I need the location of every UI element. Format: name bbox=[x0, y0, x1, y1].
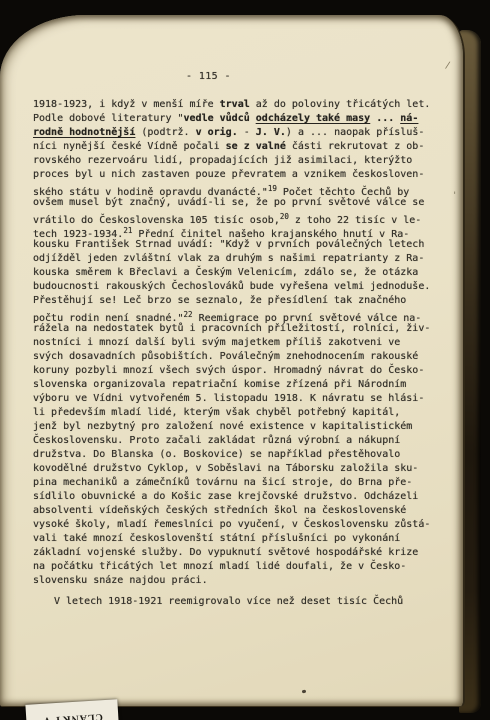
text-line: ského státu v hodině opravdu dvanácté."1… bbox=[33, 182, 453, 196]
text-line: rodně hodnotnější (podtrž. v orig. - J. … bbox=[33, 126, 453, 140]
text-line: níci nynější české Vídně počali se z val… bbox=[33, 140, 453, 154]
text-line: 1918-1923, i když v menší míře trval až … bbox=[33, 98, 453, 112]
text-line: slovenska organizovala repatriační komis… bbox=[33, 378, 453, 392]
text-line: rovského rezervoáru lidí, propadajících … bbox=[33, 154, 453, 168]
text-line: li především mladí lidé, kterým však chy… bbox=[33, 406, 453, 420]
text-line: ovšem musel být značný, uvádí-li se, že … bbox=[33, 196, 453, 210]
text-line: počtu rodin není snadné."22 Reemigrace p… bbox=[33, 308, 453, 322]
text-line: V letech 1918-1921 reemigrovalo více než… bbox=[33, 595, 453, 609]
page-number: - 115 - bbox=[186, 71, 231, 82]
text-line: kovodělné družstvo Cyklop, v Soběslavi n… bbox=[33, 462, 453, 476]
text-line: na počátku třicátých let mnozí mladí lid… bbox=[33, 560, 453, 574]
text-line: základní vojenské služby. Do vypuknutí s… bbox=[33, 546, 453, 560]
text-line: odjížděl jeden zvláštní vlak za druhým s… bbox=[33, 252, 453, 266]
text-line: tech 1923-1934.21 Přední činitel našeho … bbox=[33, 224, 453, 238]
text-line: kouska směrem k Břeclavi a Českým Veleni… bbox=[33, 266, 453, 280]
body-text: 1918-1923, i když v menší míře trval až … bbox=[33, 98, 453, 609]
text-line: vali také mnozí českoslovenští státní př… bbox=[33, 532, 453, 546]
text-line: rážela na nedostatek bytů i pracovních p… bbox=[33, 322, 453, 336]
text-line: kousku František Strnad uvádí: "Když v p… bbox=[33, 238, 453, 252]
scanned-book-photo: - 115 - 1918-1923, i když v menší míře t… bbox=[0, 0, 490, 720]
text-line: vysoké školy, mladí řemeslníci po vyučen… bbox=[33, 518, 453, 532]
paragraph: V letech 1918-1921 reemigrovalo více než… bbox=[33, 595, 453, 609]
text-line: jenž byl nezbytný pro založení nové exis… bbox=[33, 420, 453, 434]
text-line: budoucnosti rakouských Čechoslováků bude… bbox=[33, 280, 453, 294]
text-line: koruny pozbyli mnozí všech svých úspor. … bbox=[33, 364, 453, 378]
text-line: proces byl u nich zastaven pouze převrat… bbox=[33, 168, 453, 182]
ink-speck bbox=[302, 690, 307, 694]
text-line: svých dosavadních působištích. Poválečný… bbox=[33, 350, 453, 364]
paragraph: 1918-1923, i když v menší míře trval až … bbox=[33, 98, 453, 588]
text-line: sídlilo obuvnické a do Košic zase krejčo… bbox=[33, 490, 453, 504]
book-page: - 115 - 1918-1923, i když v menší míře t… bbox=[0, 15, 465, 707]
text-line: výboru ve Vídni vytvořeném 5. listopadu … bbox=[33, 392, 453, 406]
text-line: pina mechaniků a zámečníků továrnu na ši… bbox=[33, 476, 453, 490]
text-line: družstva. Do Blanska (o. Boskovice) se n… bbox=[33, 448, 453, 462]
text-line: vrátilo do Československa 105 tisíc osob… bbox=[33, 210, 453, 224]
pencil-mark: / bbox=[444, 61, 451, 72]
text-line: absolventi vídeňských českých středních … bbox=[33, 504, 453, 518]
text-line: Podle dobové literatury "vedle vůdců odc… bbox=[33, 112, 453, 126]
pencil-mark: ' bbox=[452, 191, 457, 201]
text-line: Přestěhují se! Leč brzo se seznalo, že p… bbox=[33, 294, 453, 308]
text-line: nostníci i mnozí další byli svým majetke… bbox=[33, 336, 453, 350]
paper-slip-text: ČLÁNKY V bbox=[41, 699, 103, 720]
text-line: slovensku snáze najdou práci. bbox=[33, 574, 453, 588]
text-line: Československu. Proto začali zakládat rů… bbox=[33, 434, 453, 448]
